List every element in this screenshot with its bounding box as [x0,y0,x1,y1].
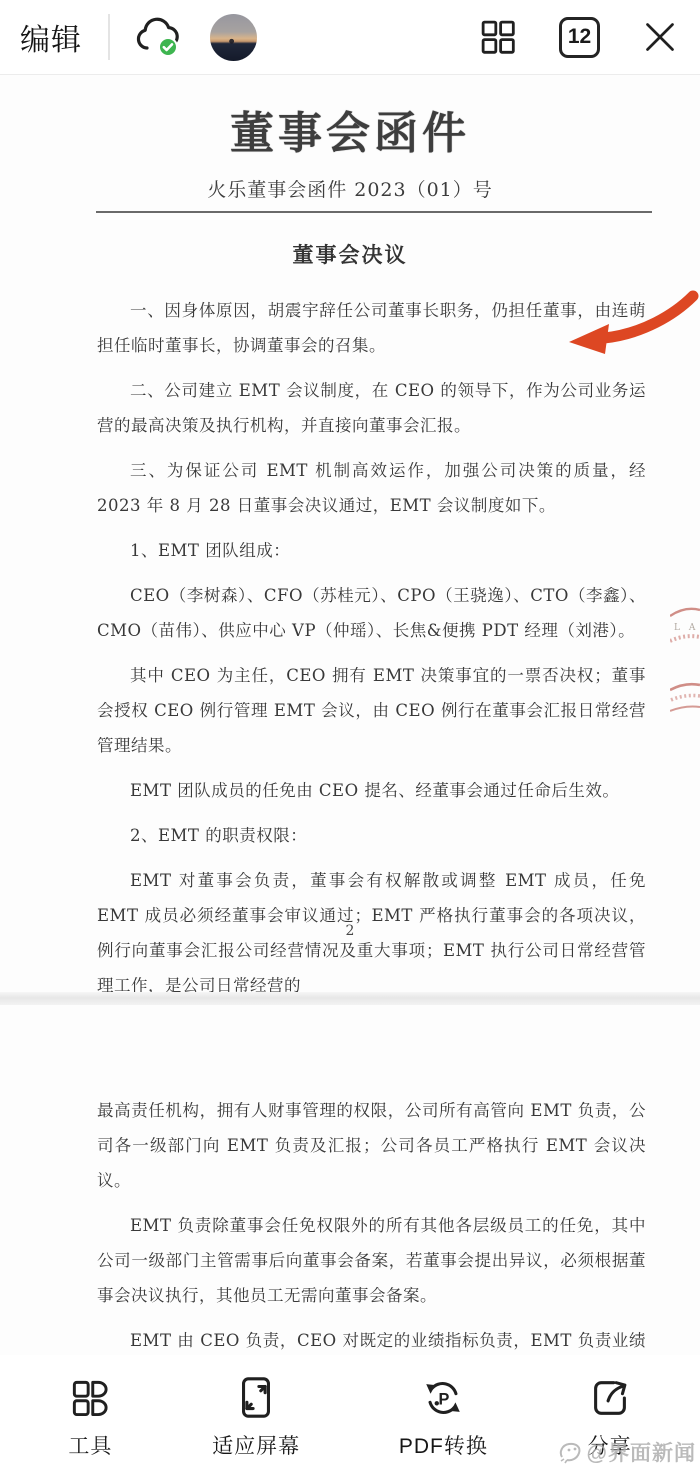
watermark-doodle-icon [557,1439,585,1465]
paragraph: CEO（李树森）、CFO（苏桂元）、CPO（王骁逸）、CTO（李鑫）、CMO（苗… [97,578,646,648]
svg-text:L A: L A [674,623,698,633]
page-3-body: 最高责任机构，拥有人财事管理的权限，公司所有高管向 EMT 负责，公司各一级部门… [0,1005,700,1355]
top-toolbar: 编辑 [0,0,700,75]
close-icon [640,17,680,57]
page-count-indicator[interactable]: 12 [559,17,600,58]
paragraph: EMT 团队成员的任免由 CEO 提名、经董事会通过任命后生效。 [97,773,646,808]
paragraph: EMT 由 CEO 负责，CEO 对既定的业绩指标负责，EMT 负责业绩指标的制… [97,1323,646,1355]
red-seal-fragment-top: L A [670,603,700,661]
paragraph: 最高责任机构，拥有人财事管理的权限，公司所有高管向 EMT 负责，公司各一级部门… [97,1093,646,1198]
pdf-convert-label: PDF转换 [399,1430,488,1460]
page-number: 2 [0,923,700,939]
user-avatar[interactable] [210,14,257,61]
pdf-viewer-screen: 编辑 [0,0,700,1481]
fit-screen-button[interactable]: 适应屏幕 [212,1375,300,1460]
red-arrow-annotation [552,279,700,357]
cloud-sync-button[interactable] [132,14,184,60]
page-break-gap [0,992,700,1005]
tools-button[interactable]: 工具 [67,1375,113,1460]
document-ref-number: 火乐董事会函件 2023（01）号 [0,175,700,202]
close-button[interactable] [640,17,680,57]
toolbar-divider [108,14,110,60]
document-title: 董事会函件 [0,97,700,161]
tools-label: 工具 [68,1430,112,1460]
svg-text:P: P [439,1391,450,1409]
fit-screen-icon [233,1375,279,1421]
edit-button[interactable]: 编辑 [20,15,82,59]
paragraph: 1、EMT 团队组成： [97,533,646,568]
document-page-2: 董事会函件 火乐董事会函件 2023（01）号 董事会决议 L A 一、 [0,75,700,992]
cloud-sync-icon [132,14,184,60]
watermark-text: @界面新闻 [587,1437,696,1467]
paragraph: 二、公司建立 EMT 会议制度，在 CEO 的领导下，作为公司业务运营的最高决策… [97,373,646,443]
pdf-convert-button[interactable]: P PDF转换 [399,1375,488,1460]
section-heading: 董事会决议 [0,239,700,269]
fit-screen-label: 适应屏幕 [212,1430,300,1460]
edit-button-label: 编辑 [20,15,82,59]
paragraph: 三、为保证公司 EMT 机制高效运作，加强公司决策的质量，经 2023 年 8 … [97,453,646,523]
tools-icon [67,1375,113,1421]
paragraph: EMT 负责除董事会任免权限外的所有其他各层级员工的任免，其中公司一级部门主管需… [97,1208,646,1313]
paragraph: 2、EMT 的职责权限： [97,818,646,853]
share-icon [587,1375,633,1421]
page-count-value: 12 [568,25,591,49]
document-page-3: 最高责任机构，拥有人财事管理的权限，公司所有高管向 EMT 负责，公司各一级部门… [0,1005,700,1355]
pdf-convert-icon: P [420,1375,466,1421]
paragraph: 其中 CEO 为主任，CEO 拥有 EMT 决策事宜的一票否决权；董事会授权 C… [97,658,646,763]
red-seal-fragment-bottom [670,681,700,721]
grid-view-button[interactable] [477,16,519,58]
title-divider-line [96,211,652,213]
news-watermark: @界面新闻 [557,1437,696,1467]
grid-view-icon [477,16,519,58]
page-2-body: 一、因身体原因，胡震宇辞任公司董事长职务，仍担任董事，由连萌担任临时董事长，协调… [0,293,700,992]
document-viewport[interactable]: 董事会函件 火乐董事会函件 2023（01）号 董事会决议 L A 一、 [0,75,700,1355]
